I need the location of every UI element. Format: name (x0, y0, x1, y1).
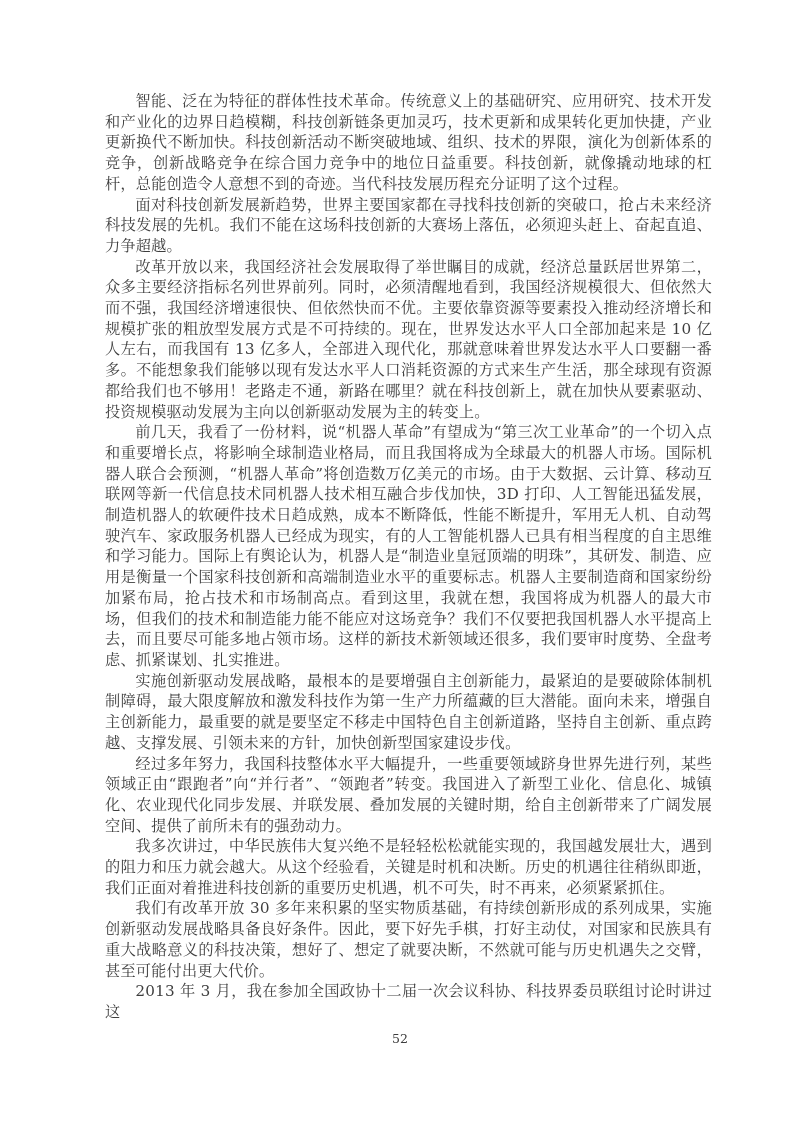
page-body-text: 智能、泛在为特征的群体性技术革命。传统意义上的基础研究、应用研究、技术开发和产业… (105, 91, 712, 1023)
paragraph: 我们有改革开放 30 多年来积累的坚实物质基础，有持续创新形成的系列成果，实施创… (105, 898, 712, 981)
page-number: 52 (0, 1031, 800, 1046)
paragraph: 经过多年努力，我国科技整体水平大幅提升，一些重要领域跻身世界先进行列，某些领域正… (105, 754, 712, 837)
paragraph: 前几天，我看了一份材料，说“机器人革命”有望成为“第三次工业革命”的一个切入点和… (105, 422, 712, 670)
paragraph: 面对科技创新发展新趋势，世界主要国家都在寻找科技创新的突破口，抢占未来经济科技发… (105, 195, 712, 257)
paragraph: 实施创新驱动发展战略，最根本的是要增强自主创新能力，最紧迫的是要破除体制机制障碍… (105, 671, 712, 754)
paragraph: 智能、泛在为特征的群体性技术革命。传统意义上的基础研究、应用研究、技术开发和产业… (105, 91, 712, 195)
paragraph: 2013 年 3 月，我在参加全国政协十二届一次会议科协、科技界委员联组讨论时讲… (105, 981, 712, 1022)
paragraph: 改革开放以来，我国经济社会发展取得了举世瞩目的成就，经济总量跃居世界第二，众多主… (105, 257, 712, 423)
paragraph: 我多次讲过，中华民族伟大复兴绝不是轻轻松松就能实现的，我国越发展壮大，遇到的阻力… (105, 836, 712, 898)
document-page: 智能、泛在为特征的群体性技术革命。传统意义上的基础研究、应用研究、技术开发和产业… (0, 0, 800, 1131)
